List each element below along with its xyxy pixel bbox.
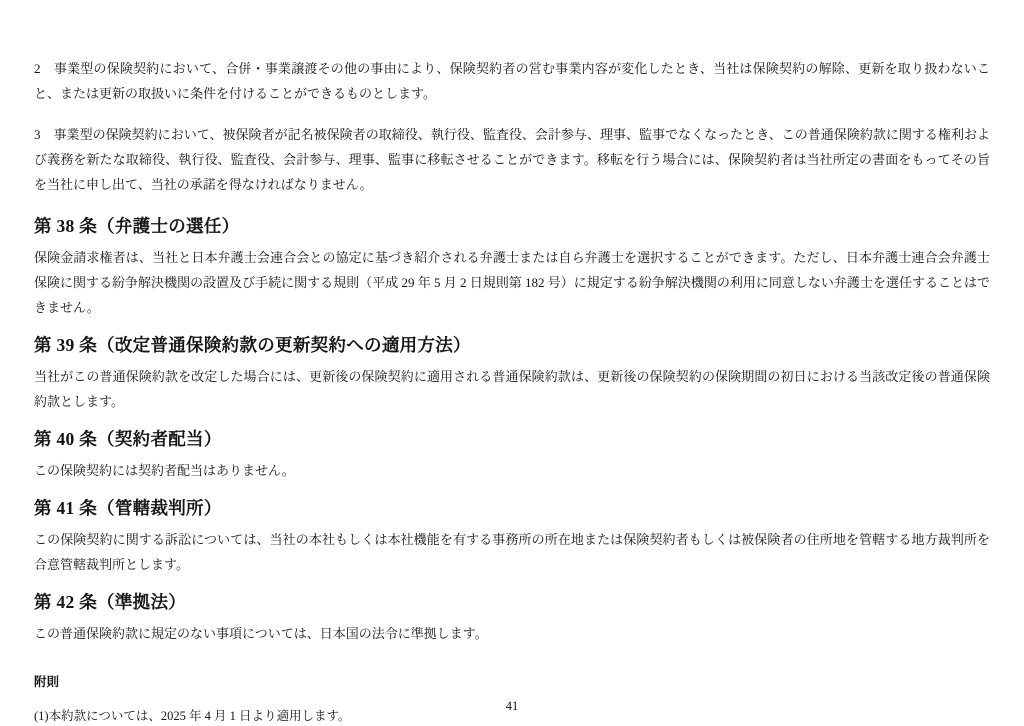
article-40-heading: 第 40 条（契約者配当）	[34, 426, 990, 452]
article-39-body: 当社がこの普通保険約款を改定した場合には、更新後の保険契約に適用される普通保険約…	[34, 364, 990, 414]
article-39: 第 39 条（改定普通保険約款の更新契約への適用方法） 当社がこの普通保険約款を…	[34, 332, 990, 414]
article-38-heading: 第 38 条（弁護士の選任）	[34, 213, 990, 239]
article-42: 第 42 条（準拠法） この普通保険約款に規定のない事項については、日本国の法令…	[34, 589, 990, 646]
page-number: 41	[0, 699, 1024, 714]
clause-paragraph-2: 2 事業型の保険契約において、合併・事業譲渡その他の事由により、保険契約者の営む…	[34, 56, 990, 106]
document-content: 2 事業型の保険契約において、合併・事業譲渡その他の事由により、保険契約者の営む…	[0, 0, 1024, 726]
article-40-body: この保険契約には契約者配当はありません。	[34, 458, 990, 483]
article-41: 第 41 条（管轄裁判所） この保険契約に関する訴訟については、当社の本社もしく…	[34, 495, 990, 577]
article-42-heading: 第 42 条（準拠法）	[34, 589, 990, 615]
article-38-body: 保険金請求権者は、当社と日本弁護士会連合会との協定に基づき紹介される弁護士または…	[34, 245, 990, 320]
appendix-heading: 附則	[34, 672, 990, 692]
article-42-body: この普通保険約款に規定のない事項については、日本国の法令に準拠します。	[34, 621, 990, 646]
article-41-heading: 第 41 条（管轄裁判所）	[34, 495, 990, 521]
article-41-body: この保険契約に関する訴訟については、当社の本社もしくは本社機能を有する事務所の所…	[34, 527, 990, 577]
article-39-heading: 第 39 条（改定普通保険約款の更新契約への適用方法）	[34, 332, 990, 358]
clause-paragraph-3: 3 事業型の保険契約において、被保険者が記名被保険者の取締役、執行役、監査役、会…	[34, 122, 990, 197]
document-page: 2 事業型の保険契約において、合併・事業譲渡その他の事由により、保険契約者の営む…	[0, 0, 1024, 726]
article-38: 第 38 条（弁護士の選任） 保険金請求権者は、当社と日本弁護士会連合会との協定…	[34, 213, 990, 320]
article-40: 第 40 条（契約者配当） この保険契約には契約者配当はありません。	[34, 426, 990, 483]
